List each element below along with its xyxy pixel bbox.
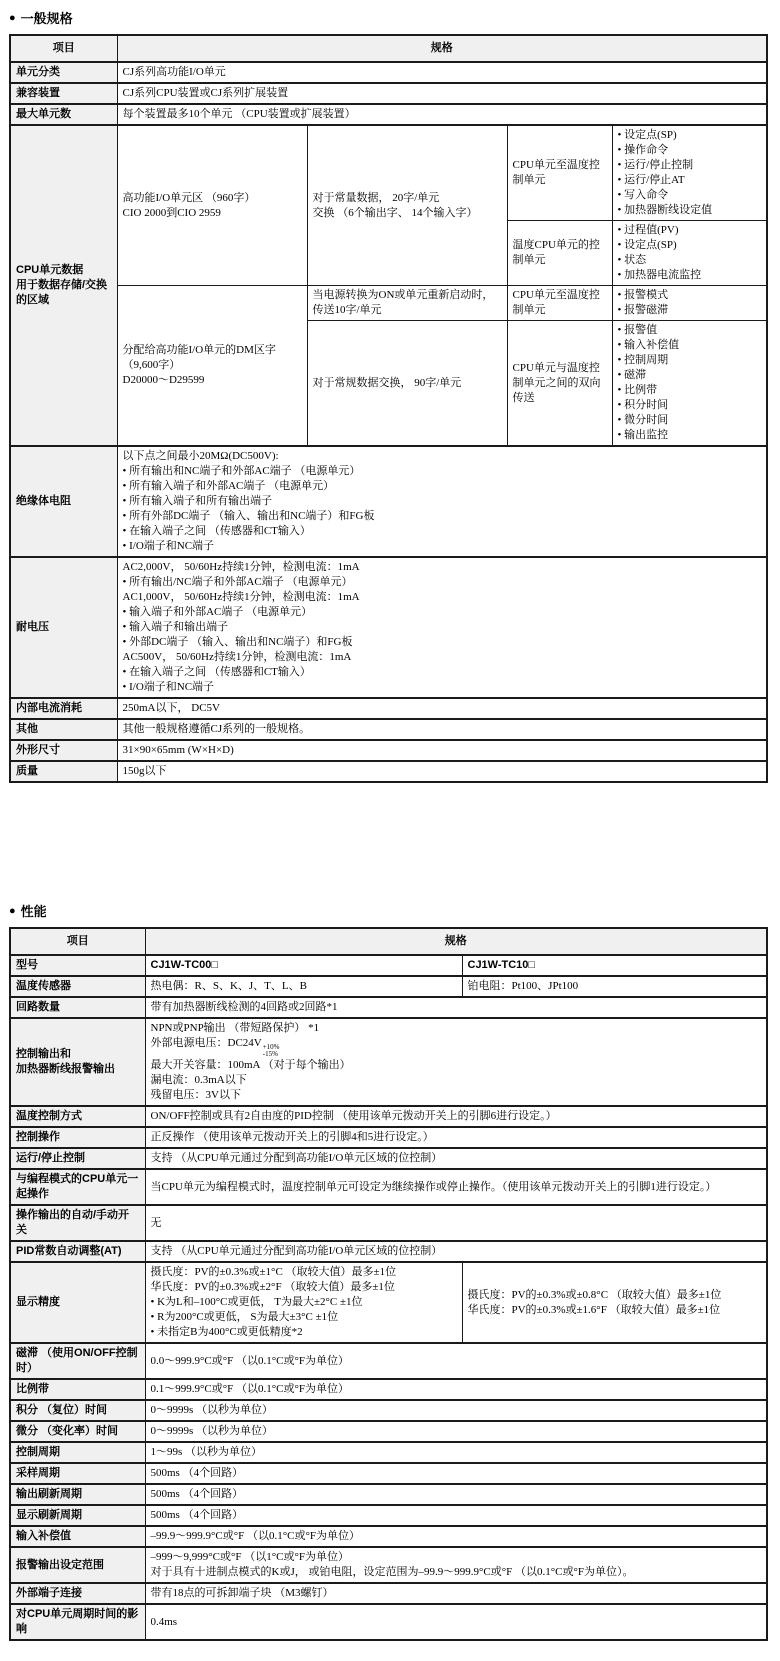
row-label-current-consumption: 内部电流消耗	[10, 698, 117, 719]
spec-line: 华氏度：PV的±0.3%或±2°F （取较大值）最多±1位	[151, 1280, 457, 1295]
row-value-current-consumption: 250mA以下， DC5V	[117, 698, 767, 719]
row-label-accuracy: 显示精度	[10, 1262, 145, 1343]
section-gap	[9, 783, 771, 899]
row-label-output-refresh: 输出刷新周期	[10, 1484, 145, 1505]
row-value-accuracy-thermocouple: 摄氏度：PV的±0.3%或±1°C （取较大值）最多±1位 华氏度：PV的±0.…	[145, 1262, 462, 1343]
list-item: • 微分时间	[618, 413, 762, 428]
list-item: • 输入补偿值	[618, 338, 762, 353]
section-title-text: 性能	[21, 901, 47, 920]
spec-line-psu-voltage: 外部电源电压：DC24V+10%-15%	[151, 1036, 762, 1058]
row-value-output-refresh: 500ms （4个回路）	[145, 1484, 767, 1505]
row-value-weight: 150g以下	[117, 761, 767, 782]
row-value-model-tc00: CJ1W-TC00□	[145, 955, 462, 976]
io-exchange-line1: 对于常量数据， 20字/单元	[313, 191, 502, 206]
cell-direction-tc-to-cpu: 温度CPU单元的控制单元	[507, 221, 612, 286]
row-value-unit-class: CJ系列高功能I/O单元	[117, 62, 767, 83]
list-item: • 写入命令	[618, 188, 762, 203]
list-item: • 报警值	[618, 323, 762, 338]
list-item: • 运行/停止控制	[618, 158, 762, 173]
spec-line: • 外部DC端子 （输入、输出和NC端子）和FG板	[123, 635, 762, 650]
list-item: • 加热器电流监控	[618, 268, 762, 283]
row-label-pid-at: PID常数自动调整(AT)	[10, 1241, 145, 1262]
row-label-other: 其他	[10, 719, 117, 740]
cell-list-pv-status: • 过程值(PV) • 设定点(SP) • 状态 • 加热器电流监控	[612, 221, 767, 286]
spec-line: AC500V， 50/60Hz持续1分钟，检测电流：1mA	[123, 650, 762, 665]
row-label-control-operation: 控制操作	[10, 1127, 145, 1148]
row-value-dimensions: 31×90×65mm (W×H×D)	[117, 740, 767, 761]
row-label-insulation: 绝缘体电阻	[10, 446, 117, 557]
dm-area-line2: （9,600字）	[123, 358, 302, 373]
psu-tolerance-bottom: -15%	[263, 1051, 280, 1058]
row-label-control-output: 控制输出和 加热器断线报警输出	[10, 1018, 145, 1106]
col-header-spec: 规格	[117, 35, 767, 62]
row-value-accuracy-platinum: 摄氏度：PV的±0.3%或±0.8°C （取较大值）最多±1位 华氏度：PV的±…	[462, 1262, 767, 1343]
row-value-control-method: ON/OFF控制或具有2自由度的PID控制 （使用该单元拨动开关上的引脚6进行设…	[145, 1106, 767, 1127]
row-value-auto-manual: 无	[145, 1205, 767, 1241]
row-label-dielectric: 耐电压	[10, 557, 117, 698]
spec-line: –999～9,999°C或°F （以1°C或°F为单位）	[151, 1550, 762, 1565]
spec-line: AC1,000V， 50/60Hz持续1分钟，检测电流：1mA	[123, 590, 762, 605]
row-label-display-refresh: 显示刷新周期	[10, 1505, 145, 1526]
row-label-cycle-time-effect: 对CPU单元周期时间的影响	[10, 1604, 145, 1640]
row-value-cycle-time-effect: 0.4ms	[145, 1604, 767, 1640]
list-item: • 操作命令	[618, 143, 762, 158]
row-value-insulation: 以下点之间最小20MΩ(DC500V): • 所有输出和NC端子和外部AC端子 …	[117, 446, 767, 557]
list-item: • 比例带	[618, 383, 762, 398]
row-value-sensor-platinum: 铂电阻：Pt100、JPt100	[462, 976, 767, 997]
cell-direction-cpu-to-tc-2: CPU单元至温度控制单元	[507, 286, 612, 321]
cell-io-area: 高功能I/O单元区 （960字） CIO 2000到CIO 2959	[117, 125, 307, 286]
list-item: • 设定点(SP)	[618, 128, 762, 143]
spec-line: • 所有输入端子和所有输出端子	[123, 494, 762, 509]
list-item: • 控制周期	[618, 353, 762, 368]
spec-line: • K为L和–100°C或更低， T为最大±2°C ±1位	[151, 1295, 457, 1310]
row-value-model-tc10: CJ1W-TC10□	[462, 955, 767, 976]
row-value-max-units: 每个装置最多10个单元 （CPU装置或扩展装置）	[117, 104, 767, 125]
row-label-circuits: 回路数量	[10, 997, 145, 1018]
row-label-dimensions: 外形尺寸	[10, 740, 117, 761]
list-item: • 运行/停止AT	[618, 173, 762, 188]
spec-line: 摄氏度：PV的±0.3%或±0.8°C （取较大值）最多±1位	[468, 1288, 762, 1303]
row-label-auto-manual: 操作输出的自动/手动开关	[10, 1205, 145, 1241]
row-value-derivative-time: 0～9999s （以秒为单位）	[145, 1421, 767, 1442]
row-label-unit-class: 单元分类	[10, 62, 117, 83]
list-item: • 输出监控	[618, 428, 762, 443]
col-header-spec: 规格	[145, 928, 767, 955]
row-value-hysteresis: 0.0～999.9°C或°F （以0.1°C或°F为单位）	[145, 1343, 767, 1379]
row-label-proportional-band: 比例带	[10, 1379, 145, 1400]
row-value-circuits: 带有加热器断线检测的4回路或2回路*1	[145, 997, 767, 1018]
spec-line: 以下点之间最小20MΩ(DC500V):	[123, 449, 762, 464]
spec-line: • I/O端子和NC端子	[123, 539, 762, 554]
spec-line: • 在输入端子之间 （传感器和CT输入）	[123, 524, 762, 539]
performance-specs-table: 项目 规格 型号 CJ1W-TC00□ CJ1W-TC10□ 温度传感器 热电偶…	[9, 927, 768, 1641]
section-bullet-icon: ●	[9, 12, 16, 24]
row-value-dielectric: AC2,000V， 50/60Hz持续1分钟，检测电流：1mA • 所有输出/N…	[117, 557, 767, 698]
spec-line: • 输入端子和外部AC端子 （电源单元）	[123, 605, 762, 620]
psu-tolerance: +10%-15%	[263, 1044, 280, 1058]
row-value-proportional-band: 0.1～999.9°C或°F （以0.1°C或°F为单位）	[145, 1379, 767, 1400]
spec-line: NPN或PNP输出 （带短路保护） *1	[151, 1021, 762, 1036]
row-label-control-method: 温度控制方式	[10, 1106, 145, 1127]
spec-line: • I/O端子和NC端子	[123, 680, 762, 695]
list-item: • 加热器断线设定值	[618, 203, 762, 218]
row-label-derivative-time: 微分 （变化率）时间	[10, 1421, 145, 1442]
section-title-text: 一般规格	[21, 8, 73, 27]
dm-area-line1: 分配给高功能I/O单元的DM区字	[123, 343, 302, 358]
row-value-compatible: CJ系列CPU装置或CJ系列扩展装置	[117, 83, 767, 104]
row-label-alarm-range: 报警输出设定范围	[10, 1547, 145, 1583]
spec-line: • 所有外部DC端子 （输入、输出和NC端子）和FG板	[123, 509, 762, 524]
spec-line: 最大开关容量：100mA （对于每个输出）	[151, 1058, 762, 1073]
row-label-compatible: 兼容装置	[10, 83, 117, 104]
section-title-general: ● 一般规格	[9, 8, 771, 27]
row-value-control-operation: 正反操作 （使用该单元拨动开关上的引脚4和5进行设定。）	[145, 1127, 767, 1148]
row-value-sampling-period: 500ms （4个回路）	[145, 1463, 767, 1484]
general-specs-table: 项目 规格 单元分类 CJ系列高功能I/O单元 兼容装置 CJ系列CPU装置或C…	[9, 34, 768, 783]
row-value-other: 其他一般规格遵循CJ系列的一般规格。	[117, 719, 767, 740]
row-label-input-compensation: 输入补偿值	[10, 1526, 145, 1547]
row-label-program-mode: 与编程模式的CPU单元一起操作	[10, 1169, 145, 1205]
row-label-weight: 质量	[10, 761, 117, 782]
cell-dm-area: 分配给高功能I/O单元的DM区字 （9,600字） D20000～D29599	[117, 286, 307, 447]
datasheet-page: ● 一般规格 项目 规格 单元分类 CJ系列高功能I/O单元 兼容装置 CJ系列…	[0, 0, 780, 1661]
cell-list-alarm-mode: • 报警模式 • 报警磁滞	[612, 286, 767, 321]
section-bullet-icon: ●	[9, 905, 16, 917]
row-label-control-period: 控制周期	[10, 1442, 145, 1463]
row-value-sensor-thermocouple: 热电偶：R、S、K、J、T、L、B	[145, 976, 462, 997]
row-label-terminal-connection: 外部端子连接	[10, 1583, 145, 1604]
row-label-hysteresis: 磁滞 （使用ON/OFF控制时）	[10, 1343, 145, 1379]
row-label-sampling-period: 采样周期	[10, 1463, 145, 1484]
cell-powerup-transfer: 当电源转换为ON或单元重新启动时， 传送10字/单元	[307, 286, 507, 321]
dm-area-line3: D20000～D29599	[123, 373, 302, 388]
spec-line: • 在输入端子之间 （传感器和CT输入）	[123, 665, 762, 680]
col-header-item: 项目	[10, 35, 117, 62]
list-item: • 积分时间	[618, 398, 762, 413]
spec-line: • 所有输出和NC端子和外部AC端子 （电源单元）	[123, 464, 762, 479]
row-value-program-mode: 当CPU单元为编程模式时，温度控制单元可设定为继续操作或停止操作。（使用该单元拨…	[145, 1169, 767, 1205]
row-value-integral-time: 0～9999s （以秒为单位）	[145, 1400, 767, 1421]
io-area-line1: 高功能I/O单元区 （960字）	[123, 191, 302, 206]
spec-line: • R为200°C或更低， S为最大±3°C ±1位	[151, 1310, 457, 1325]
spec-line: AC2,000V， 50/60Hz持续1分钟，检测电流：1mA	[123, 560, 762, 575]
cell-io-exchange: 对于常量数据， 20字/单元 交换 （6个输出字、 14个输入字）	[307, 125, 507, 286]
list-item: • 设定点(SP)	[618, 238, 762, 253]
cell-direction-bidirectional: CPU单元与温度控制单元之间的双向传送	[507, 321, 612, 447]
row-value-alarm-range: –999～9,999°C或°F （以1°C或°F为单位） 对于具有十进制点模式的…	[145, 1547, 767, 1583]
row-label-max-units: 最大单元数	[10, 104, 117, 125]
row-value-control-period: 1～99s （以秒为单位）	[145, 1442, 767, 1463]
spec-line: • 所有输入端子和外部AC端子 （电源单元）	[123, 479, 762, 494]
spec-line: • 未指定B为400°C或更低精度*2	[151, 1325, 457, 1340]
list-item: • 过程值(PV)	[618, 223, 762, 238]
spec-line: 摄氏度：PV的±0.3%或±1°C （取较大值）最多±1位	[151, 1265, 457, 1280]
cell-list-alarm-values: • 报警值 • 输入补偿值 • 控制周期 • 磁滞 • 比例带 • 积分时间 •…	[612, 321, 767, 447]
io-area-line2: CIO 2000到CIO 2959	[123, 206, 302, 221]
row-label-run-stop: 运行/停止控制	[10, 1148, 145, 1169]
spec-line: 对于具有十进制点模式的K或J， 或铂电阻，设定范围为–99.9～999.9°C或…	[151, 1565, 762, 1580]
list-item: • 状态	[618, 253, 762, 268]
spec-line: 华氏度：PV的±0.3%或±1.6°F （取较大值）最多±1位	[468, 1303, 762, 1318]
row-label-data-area: CPU单元数据 用于数据存储/交换的区域	[10, 125, 117, 446]
cell-regular-exchange: 对于常规数据交换， 90字/单元	[307, 321, 507, 447]
row-value-control-output: NPN或PNP输出 （带短路保护） *1 外部电源电压：DC24V+10%-15…	[145, 1018, 767, 1106]
row-label-integral-time: 积分 （复位）时间	[10, 1400, 145, 1421]
spec-line: • 输入端子和输出端子	[123, 620, 762, 635]
io-exchange-line2: 交换 （6个输出字、 14个输入字）	[313, 206, 502, 221]
row-label-sensor: 温度传感器	[10, 976, 145, 997]
list-item: • 磁滞	[618, 368, 762, 383]
row-value-terminal-connection: 带有18点的可拆卸端子块 （M3螺钉）	[145, 1583, 767, 1604]
spec-line: 残留电压：3V以下	[151, 1088, 762, 1103]
spec-line: • 所有输出/NC端子和外部AC端子 （电源单元）	[123, 575, 762, 590]
col-header-item: 项目	[10, 928, 145, 955]
row-label-model: 型号	[10, 955, 145, 976]
row-value-input-compensation: –99.9～999.9°C或°F （以0.1°C或°F为单位）	[145, 1526, 767, 1547]
psu-voltage-text: 外部电源电压：DC24V	[151, 1037, 262, 1049]
list-item: • 报警模式	[618, 288, 762, 303]
spec-line: 漏电流：0.3mA以下	[151, 1073, 762, 1088]
cell-direction-cpu-to-tc: CPU单元至温度控制单元	[507, 125, 612, 221]
row-value-pid-at: 支持 （从CPU单元通过分配到高功能I/O单元区域的位控制）	[145, 1241, 767, 1262]
cell-list-sp-commands: • 设定点(SP) • 操作命令 • 运行/停止控制 • 运行/停止AT • 写…	[612, 125, 767, 221]
section-title-performance: ● 性能	[9, 901, 771, 920]
row-value-display-refresh: 500ms （4个回路）	[145, 1505, 767, 1526]
row-value-run-stop: 支持 （从CPU单元通过分配到高功能I/O单元区域的位控制）	[145, 1148, 767, 1169]
list-item: • 报警磁滞	[618, 303, 762, 318]
